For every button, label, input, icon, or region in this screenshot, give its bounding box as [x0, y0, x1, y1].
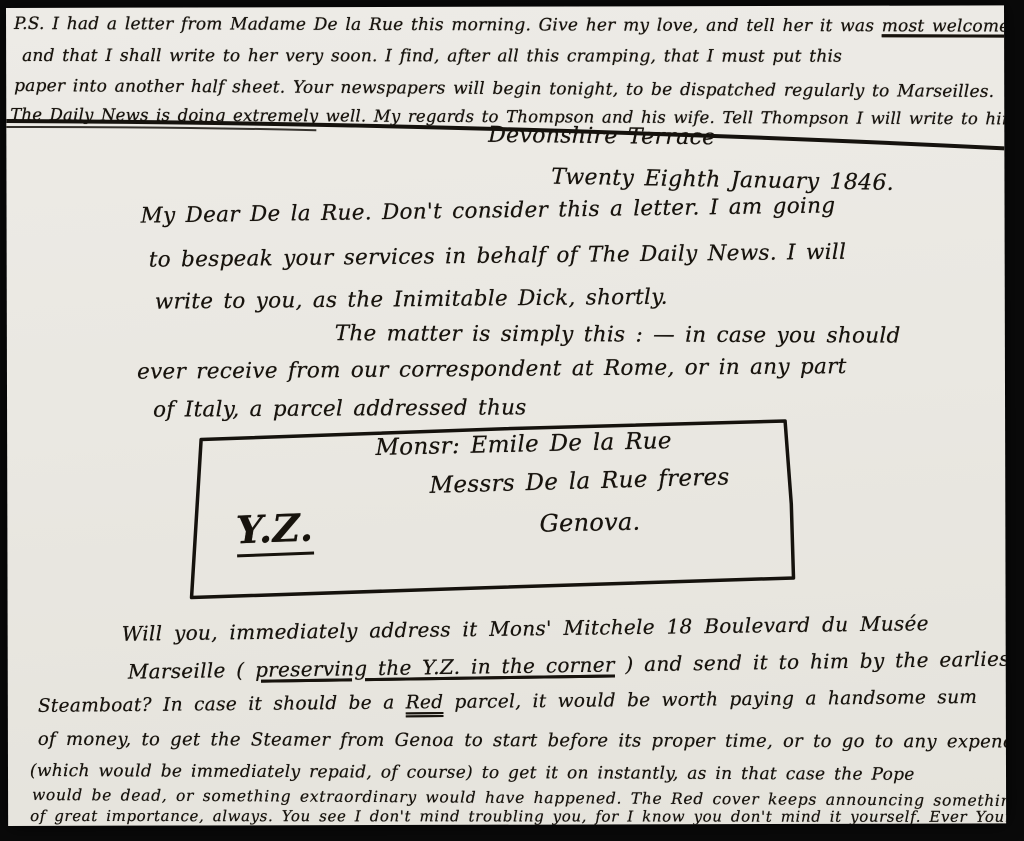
letter-body-line-13: of great importance, always. You see I d… [30, 807, 1006, 826]
letter-body-line-5: ever receive from our correspondent at R… [137, 354, 847, 385]
letter-body-line-10: of money, to get the Steamer from Genoa … [38, 729, 1006, 753]
letter-body-line-11: (which would be immediately repaid, of c… [30, 761, 915, 785]
letter-body-line-3: write to you, as the Inimitable Dick, sh… [155, 285, 668, 315]
letter-body-line-7: Will you, immediately address it Mons' M… [122, 611, 929, 646]
address-box-firm: Messrs De la Rue freres [429, 464, 730, 499]
yz-corner-mark: Y.Z. [235, 505, 314, 553]
postscript-line-3: paper into another half sheet. Your news… [14, 76, 994, 102]
letter-body-line-1: My Dear De la Rue. Don't consider this a… [141, 193, 836, 228]
letter-body-line-8: Marseille ( preserving the Y.Z. in the c… [128, 646, 1006, 683]
postscript-line-1: P.S. I had a letter from Madame De la Ru… [14, 14, 1006, 37]
letter-body-line-9: Steamboat? In case it should be a Red pa… [38, 687, 978, 717]
date-line: Twenty Eighth January 1846. [551, 165, 894, 196]
postscript-line-2: and that I shall write to her very soon.… [22, 46, 842, 67]
letterhead: Devonshire Terrace [488, 123, 716, 151]
letter-paper: P.S. I had a letter from Madame De la Ru… [6, 5, 1006, 826]
letter-body-line-2: to bespeak your services in behalf of Th… [149, 240, 847, 273]
letter-body-line-6: of Italy, a parcel addressed thus [153, 395, 527, 422]
photo-backdrop: { "photo": { "colors": { "backdrop": "#0… [0, 0, 1024, 841]
address-box-city: Genova. [539, 508, 640, 538]
address-box-addressee: Monsr: Emile De la Rue [375, 428, 672, 461]
letter-body-line-4: The matter is simply this : — in case yo… [335, 321, 901, 348]
